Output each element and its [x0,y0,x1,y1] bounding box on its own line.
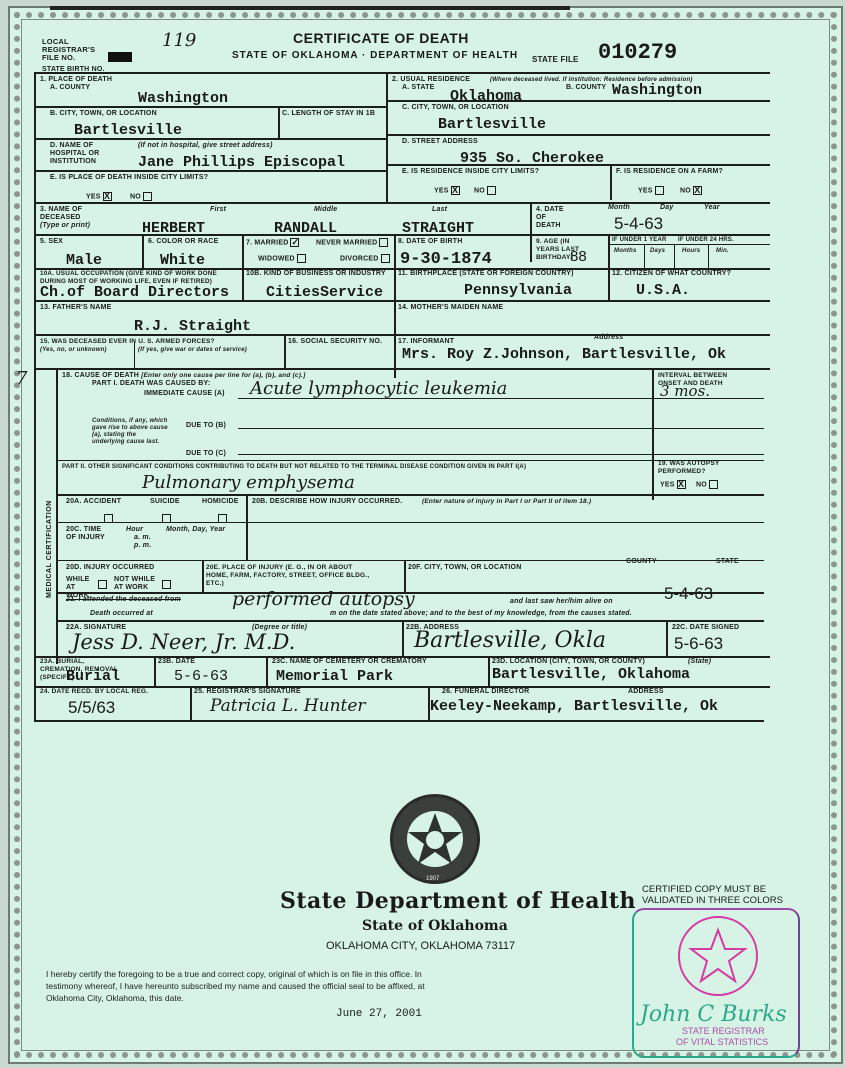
medical-certification-label: MEDICAL CERTIFICATION [46,500,53,598]
injury-county-label: COUNTY [626,558,657,566]
rule [608,244,770,245]
attended-label: 21. I attended the deceased from [66,596,181,604]
department-name: State Department of Health [280,888,636,914]
hour-label: Hour [126,526,143,534]
checkbox-yes[interactable]: X [677,480,686,489]
rule [238,398,652,399]
validation-stamp: John C Burks STATE REGISTRAR OF VITAL ST… [632,908,800,1058]
describe-injury-note: (Enter nature of injury in Part I or Par… [422,498,591,506]
rule [142,234,144,268]
pod-city-label: b. CITY, TOWN, OR LOCATION [50,110,157,118]
months-label: Months [614,247,637,255]
citizen-value: U.S.A. [636,282,690,299]
res-county-label: b. COUNTY [566,84,606,92]
immediate-cause-value: Acute lymphocytic leukemia [250,378,507,399]
time-of-injury-label: 20c. TIME OF INJURY [66,526,106,542]
pod-inside-city-yes[interactable]: YESX [86,192,112,201]
part1-label: PART I. DEATH WAS CAUSED BY: [92,380,210,388]
day-label: Day [660,204,673,212]
rule [530,202,532,262]
res-city-value: Bartlesville [438,116,546,133]
informant-label: 17. INFORMANT [398,338,454,346]
am-label: a. m. [134,534,151,542]
rule [56,560,764,561]
stamp-star-icon [688,926,748,986]
checkbox-no[interactable] [143,192,152,201]
usual-residence-label: 2. USUAL RESIDENCE [392,76,470,84]
under-1-year-label: IF UNDER 1 YEAR [612,236,667,244]
checkbox-no[interactable] [487,186,496,195]
rule [246,494,248,560]
rule [238,454,764,455]
date-recd-value: 5/5/63 [68,698,115,718]
registrar-signature-label: 25. REGISTRAR'S SIGNATURE [194,688,301,696]
state-seal-icon [390,794,480,884]
res-farm-yes[interactable]: YES [638,186,664,195]
rule [134,342,135,368]
informant-value: Mrs. Roy Z.Johnson, Bartlesville, Ok [402,346,726,363]
res-street-label: d. STREET ADDRESS [402,138,478,146]
under-24-hrs-label: IF UNDER 24 HRS. [678,236,734,244]
rule [154,656,156,686]
registrar-stamp-signature: John C Burks [640,1002,787,1027]
widowed-checkbox[interactable]: WIDOWED [258,254,306,263]
certification-text: I hereby certify the foregoing to be a t… [46,968,446,1004]
first-label: First [210,206,226,214]
injury-state-label: STATE [716,558,739,566]
rule [386,100,770,102]
rule [284,334,286,368]
part2-value: Pulmonary emphysema [142,472,355,493]
date-of-death-label: 4. DATE OF DEATH [536,206,570,230]
res-farm-label: f. IS RESIDENCE ON A FARM? [616,168,723,176]
armed-forces-note-a: (Yes, no, or unknown) [40,346,107,354]
res-inside-city-yes[interactable]: YESX [434,186,460,195]
physician-signature: Jess D. Neer, Jr. M.D. [72,630,295,654]
pod-city-value: Bartlesville [74,122,182,139]
sex-label: 5. SEX [40,238,63,246]
autopsy-label: 19. WAS AUTOPSY PERFORMED? [658,460,728,476]
checkbox-yes[interactable]: X [103,192,112,201]
res-inside-city-no[interactable]: NO [474,186,496,195]
dob-value: 9-30-1874 [400,250,492,269]
middle-label: Middle [314,206,337,214]
rule [242,234,244,268]
attended-value: performed autopsy [232,588,415,610]
married-checkbox[interactable]: 7. MARRIED✓ [246,238,299,247]
age-value: 88 [570,248,587,265]
dob-label: 8. DATE OF BIRTH [398,238,463,246]
last-saw-value: 5-4-63 [664,584,713,604]
last-label: Last [432,206,447,214]
res-state-value: Oklahoma [450,88,522,105]
cemetery-value: Memorial Park [276,668,393,685]
sex-value: Male [66,252,102,269]
rule [488,656,490,686]
rule [608,234,610,268]
certificate-title: CERTIFICATE OF DEATH [293,30,469,46]
birthplace-value: Pennsylvania [464,282,572,299]
rule [34,300,770,302]
pod-inside-city-label: e. IS PLACE OF DEATH INSIDE CITY LIMITS? [50,174,208,182]
rule [34,106,386,108]
checkbox[interactable]: ✓ [290,238,299,247]
burial-date-value: 5-6-63 [174,668,228,685]
rule [266,656,268,686]
death-occurred-suffix: m on the date stated above; and to the b… [330,610,632,618]
rule [394,234,396,268]
physician-address: Bartlesville, Okla [414,628,606,653]
rule [652,368,654,500]
funeral-director-label: 26. FUNERAL DIRECTOR [442,688,529,696]
rule [190,686,192,720]
occupation-value: Ch.of Board Directors [40,284,229,301]
date-recd-label: 24. DATE RECD. BY LOCAL REG. [40,688,148,696]
pod-inside-city-no[interactable]: NO [130,192,152,201]
pm-label: p. m. [134,542,151,550]
checkbox[interactable] [379,238,388,247]
checkbox-yes[interactable]: X [451,186,460,195]
funeral-director-value: Keeley-Neekamp, Bartlesville, Ok [430,698,718,715]
redaction-block [108,52,132,62]
res-county-value: Washington [612,82,702,99]
checkbox[interactable] [381,254,390,263]
divorced-checkbox[interactable]: DIVORCED [340,254,390,263]
registrar-title: STATE REGISTRAR OF VITAL STATISTICS [682,1026,768,1048]
state-file-number: 010279 [598,40,677,65]
part2-label: PART II. OTHER SIGNIFICANT CONDITIONS CO… [62,463,650,471]
birthplace-label: 11. BIRTHPLACE (State or foreign country… [398,270,574,278]
checkbox-no[interactable] [709,480,718,489]
pod-county-label: a. COUNTY [50,84,90,92]
due-to-c-label: DUE TO (c) [186,450,226,458]
min-label: Min. [716,247,729,255]
rule [708,244,709,268]
burial-date-label: 23b. DATE [158,658,195,666]
race-value: White [160,252,205,269]
validation-note: CERTIFIED COPY MUST BE VALIDATED IN THRE… [642,884,792,906]
death-occurred-label: Death occurred at [90,610,153,618]
accident-label: 20a. ACCIDENT [66,498,121,506]
pod-county-value: Washington [138,90,228,107]
rule [238,428,764,429]
deceased-name-note: (Type or print) [40,222,90,230]
race-label: 6. COLOR OR RACE [148,238,218,246]
state-file-label: STATE FILE [532,56,579,64]
res-city-label: c. CITY, TOWN, OR LOCATION [402,104,509,112]
immediate-cause-label: IMMEDIATE CAUSE (a) [144,390,225,398]
rule [394,268,396,378]
days-label: Days [650,247,665,255]
rule [610,164,612,200]
injury-occurred-label: 20d. INJURY OCCURRED [66,564,154,572]
rule [666,620,668,656]
describe-injury-label: 20b. DESCRIBE HOW INJURY OCCURRED. [252,498,402,506]
certification-date: June 27, 2001 [336,1008,422,1020]
divider-1-2 [386,72,388,202]
not-while-at-work-label: NOT WHILE AT WORK [114,576,160,592]
seal-year: 1907 [426,876,439,882]
rule [202,560,204,592]
burial-value: Burial [66,668,120,685]
top-rule [50,6,570,10]
hospital-value: Jane Phillips Episcopal [138,154,345,171]
rule [386,164,770,166]
hospital-note: (If not in hospital, give street address… [138,142,273,150]
rule [608,268,610,300]
frame-top [34,72,770,74]
funeral-address-label: ADDRESS [628,688,664,696]
father-label: 13. FATHER'S NAME [40,304,111,312]
rule [34,368,770,370]
last-saw-label: and last saw her/him alive on [510,598,613,606]
cemetery-label: 23c. NAME OF CEMETERY OR CREMATORY [272,658,427,666]
deceased-name-label: 3. NAME OF DECEASED [40,206,92,222]
mother-label: 14. MOTHER'S MAIDEN NAME [398,304,503,312]
department-state: State of Oklahoma [362,918,508,934]
checkbox[interactable] [297,254,306,263]
local-registrar-value: 119 [162,30,196,51]
date-signed-value: 5-6-63 [674,634,723,654]
res-inside-city-label: e. IS RESIDENCE INSIDE CITY LIMITS? [402,168,539,176]
rule [34,170,386,172]
registrar-signature: Patricia L. Hunter [210,696,366,716]
rule [56,494,764,496]
month-label: Month [608,204,630,212]
local-registrar-label: LOCAL REGISTRAR'S FILE NO. [42,38,112,62]
year-label: Year [704,204,720,212]
death-certificate: LOCAL REGISTRAR'S FILE NO. 119 STATE BIR… [8,6,843,1064]
rule [674,244,675,268]
rule [56,620,764,622]
checkbox-yes[interactable] [655,186,664,195]
location-label: 23d. LOCATION (City, town, or county) [492,658,645,666]
frame-bottom [34,720,764,722]
stamp-seal-icon [678,916,758,996]
rule [652,398,764,399]
armed-forces-label: 15. WAS DECEASED EVER IN U. S. ARMED FOR… [40,338,215,346]
place-of-death-label: 1. PLACE OF DEATH [40,76,112,84]
due-to-b-label: DUE TO (b) [186,422,226,430]
never-married-checkbox[interactable]: NEVER MARRIED [316,238,388,247]
autopsy-no[interactable]: NO [696,480,718,489]
location-value: Bartlesville, Oklahoma [492,666,690,683]
homicide-label: HOMICIDE [202,498,239,506]
rule [34,138,386,140]
rule [644,244,645,268]
conditions-note: Conditions, if any, which gave rise to a… [92,418,170,446]
checkbox-no[interactable]: X [693,186,702,195]
business-label: 10b. KIND OF BUSINESS OR INDUSTRY [246,270,386,278]
rule [278,106,280,138]
res-farm-no[interactable]: NOX [680,186,702,195]
suicide-label: SUICIDE [150,498,180,506]
ssn-label: 16. SOCIAL SECURITY NO. [288,338,382,346]
citizen-label: 12. CITIZEN OF WHAT COUNTRY? [612,270,731,278]
month-day-year-label: Month, Day, Year [166,526,225,534]
rule [56,522,764,523]
rule [242,268,244,300]
department-city: OKLAHOMA CITY, OKLAHOMA 73117 [326,940,515,952]
certificate-subtitle: STATE OF OKLAHOMA · DEPARTMENT OF HEALTH [232,50,518,61]
autopsy-yes[interactable]: YESX [660,480,686,489]
rule [34,334,770,336]
father-value: R.J. Straight [134,318,251,335]
star-icon [405,809,465,869]
hours-label: Hours [682,247,700,255]
margin-mark: 7 [16,368,27,389]
date-of-death-value: 5-4-63 [614,214,663,234]
place-of-injury-label: 20e. PLACE OF INJURY (e. g., in or about… [206,564,376,588]
rule [402,620,404,656]
injury-city-label: 20f. CITY, TOWN, OR LOCATION [408,564,521,572]
res-state-label: a. STATE [402,84,434,92]
armed-forces-note-b: (If yes, give war or dates of service) [138,346,247,354]
hospital-label: d. NAME OF HOSPITAL OR INSTITUTION [50,142,100,166]
length-of-stay-label: c. LENGTH OF STAY IN 1b [282,110,375,118]
location-state-label: (State) [688,658,711,666]
business-value: CitiesService [266,284,383,301]
rule [386,134,770,136]
informant-address-label: Address [594,334,623,342]
date-signed-label: 22c. DATE SIGNED [672,624,739,632]
